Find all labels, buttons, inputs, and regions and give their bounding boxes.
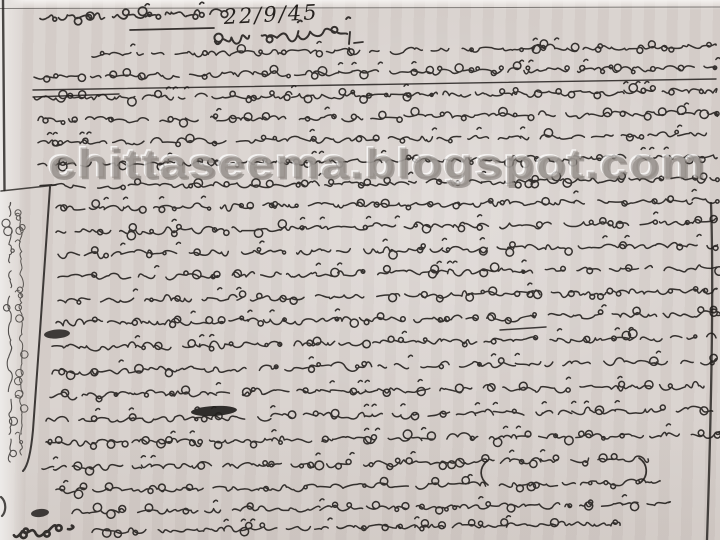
salutation-trailing-dash [354, 42, 363, 43]
pen-rule-full-width [33, 79, 716, 90]
handwritten-line [52, 328, 716, 351]
date-handwritten: 22/9/45 [222, 0, 319, 29]
handwritten-line [58, 235, 718, 259]
handwritten-line [38, 103, 719, 127]
underline-mid-page [500, 327, 546, 330]
handwriting-layer [2, 2, 720, 538]
handwritten-line [72, 495, 670, 518]
handwritten-line [42, 450, 648, 475]
handwritten-line [46, 424, 720, 449]
scan-edge-top [0, 7, 720, 9]
handwritten-line [46, 401, 713, 423]
scan-edge-right [707, 203, 712, 540]
heading-line [40, 2, 228, 24]
handwritten-line [56, 190, 719, 214]
salutation-dash [130, 28, 214, 30]
handwritten-line [58, 283, 717, 304]
handwritten-line [58, 260, 720, 280]
salutation-exclamation [349, 32, 350, 50]
handwritten-line [50, 377, 704, 402]
watermark: chittaseema.blogspot.com chittaseema.blo… [46, 138, 707, 188]
scan-edge-left [3, 0, 5, 190]
watermark-text: chittaseema.blogspot.com [48, 140, 706, 187]
margin-line [23, 187, 50, 471]
ink-blob [44, 329, 71, 340]
handwritten-line [34, 58, 720, 82]
handwritten-line [56, 475, 660, 499]
scanned-letter-image: 22/9/45 chittaseema.blogspot.com chittas… [0, 0, 720, 540]
handwritten-line [56, 212, 717, 240]
paren-open [481, 461, 488, 485]
ink-blob [31, 508, 50, 518]
handwritten-line [92, 516, 620, 538]
bottom-left-bold-marks [14, 525, 73, 538]
handwritten-line [56, 305, 720, 328]
handwritten-line [92, 38, 716, 57]
margin-hook [1, 497, 5, 516]
scanned-letter-page: 22/9/45 chittaseema.blogspot.com chittas… [0, 0, 720, 540]
handwritten-line [52, 351, 717, 379]
